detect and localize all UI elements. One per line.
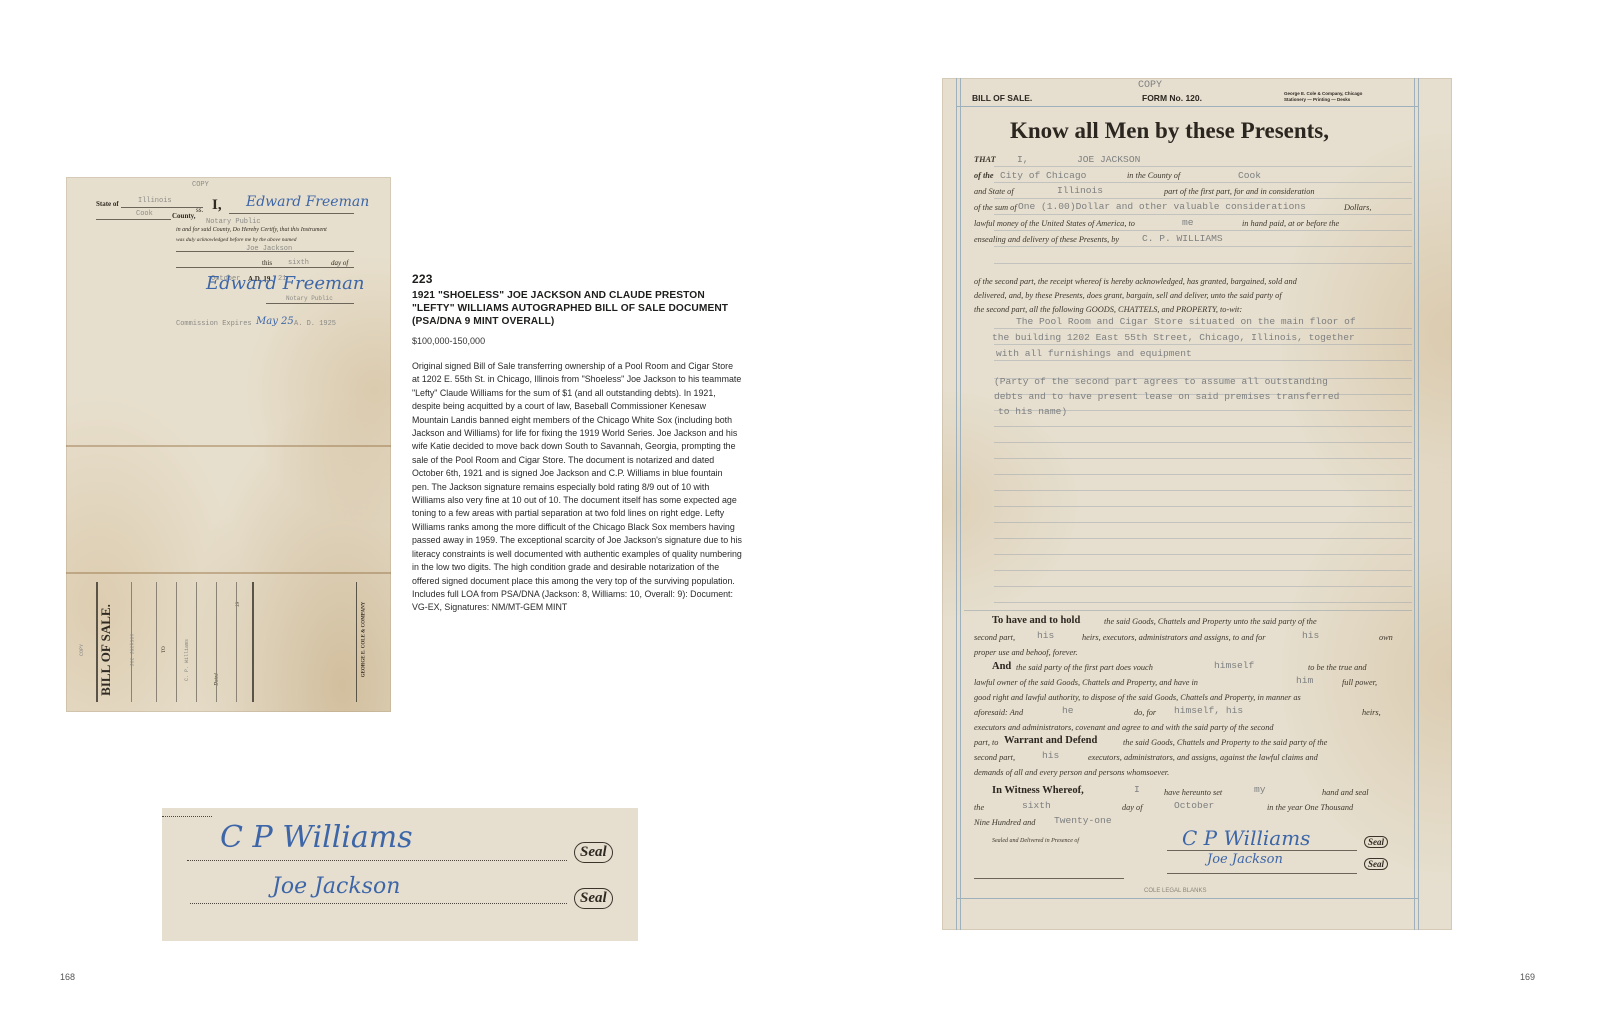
publisher-line-1: George E. Cole & Company, Chicago [1284, 91, 1362, 96]
i-label: I, [212, 197, 222, 214]
lot-number: 223 [412, 272, 742, 286]
lawful-owner-text: lawful owner of the said Goods, Chattels… [974, 678, 1198, 687]
warrant-text: the said Goods, Chattels and Property to… [1123, 738, 1327, 747]
true-text: to be the true and [1308, 663, 1367, 672]
sum-value: One (1.00)Dollar and other valuable cons… [1018, 201, 1306, 212]
himself-value: himself [1214, 660, 1254, 671]
year-value: Twenty-one [1054, 815, 1112, 826]
executors-text-2: executors, administrators, and assigns, … [1088, 753, 1318, 762]
seal-mark: Seal [1364, 858, 1388, 870]
that-value: I, [1017, 154, 1029, 165]
day-value: sixth [288, 259, 309, 267]
and-heading: And [992, 661, 1011, 672]
jackson-signature: Joe Jackson [1207, 852, 1283, 867]
document-footer: COLE LEGAL BLANKS [1144, 888, 1206, 894]
property-line-3: with all furnishings and equipment [996, 348, 1192, 359]
lot-title: 1921 "SHOELESS" JOE JACKSON AND CLAUDE P… [412, 289, 742, 328]
back-title: BILL OF SALE. [98, 604, 114, 696]
state-value: Illinois [1057, 185, 1103, 196]
debt-line-1: (Party of the second part agrees to assu… [994, 376, 1328, 387]
commission-label: Commission Expires [176, 320, 252, 328]
form-label: BILL OF SALE. [972, 93, 1032, 103]
proper-use-text: proper use and behoof, forever. [974, 648, 1078, 657]
to-value: me [1182, 217, 1194, 228]
lot-description-block: 223 1921 "SHOELESS" JOE JACKSON AND CLAU… [412, 272, 742, 615]
ss-label: ss. [196, 206, 203, 214]
to-have-text: the said Goods, Chattels and Property un… [1104, 617, 1317, 626]
second-part-label: second part, [974, 633, 1015, 642]
ensealing-text: ensealing and delivery of these Presents… [974, 235, 1119, 244]
state-label: State of [96, 200, 119, 208]
year-text: in the year One Thousand [1267, 803, 1353, 812]
his-value: his [1302, 630, 1319, 641]
that-label: THAT [974, 155, 996, 164]
county-label: County, [172, 212, 196, 220]
witness-heading: In Witness Whereof, [992, 785, 1084, 796]
fold-line [66, 572, 391, 574]
seller-name: JOE JACKSON [1077, 154, 1140, 165]
certify-text: in and for said County, Do Hereby Certif… [176, 227, 327, 233]
hand-seal-text: hand and seal [1322, 788, 1369, 797]
first-part-text: part of the first part, for and in consi… [1164, 187, 1315, 196]
notary-signature-large: Edward Freeman [206, 273, 364, 294]
acknowledged-text: was duly acknowledged before me by the a… [176, 237, 296, 243]
dollars-label: Dollars, [1344, 203, 1371, 212]
heirs-text-2: heirs, [1362, 708, 1381, 717]
own-text: own [1379, 633, 1393, 642]
hereunto-text: have hereunto set [1164, 788, 1222, 797]
lawful-money-text: lawful money of the United States of Ame… [974, 219, 1135, 228]
aforesaid-text: aforesaid: And [974, 708, 1023, 717]
nine-hundred-text: Nine Hundred and [974, 818, 1035, 827]
commission-value: May 25 [256, 316, 294, 327]
state-label: and State of [974, 187, 1014, 196]
day-of-label: day of [331, 259, 348, 267]
to-have-heading: To have and to hold [992, 615, 1080, 626]
williams-signature: C P Williams [220, 820, 413, 855]
hand-paid-text: in hand paid, at or before the [1242, 219, 1339, 228]
county-label: in the County of [1127, 171, 1180, 180]
county-value: Cook [136, 210, 153, 218]
lot-description: Original signed Bill of Sale transferrin… [412, 360, 742, 615]
notary-title-stamp: Notary Public [286, 295, 333, 302]
witness-i: I [1134, 784, 1140, 795]
form-number: FORM No. 120. [1142, 93, 1202, 103]
page-number-left: 168 [60, 972, 75, 982]
back-to: C. P. Williams [184, 639, 190, 681]
property-line-2: the building 1202 East 55th Street, Chic… [992, 332, 1355, 343]
property-line-1: The Pool Room and Cigar Store situated o… [1016, 316, 1356, 327]
back-copy: COPY [79, 644, 85, 656]
full-power-text: full power, [1342, 678, 1377, 687]
fold-line [66, 445, 391, 447]
warrant-heading: Warrant and Defend [1004, 735, 1097, 746]
second-part-label-2: second part, [974, 753, 1015, 762]
bill-of-sale-document-image: COPY BILL OF SALE. FORM No. 120. George … [942, 78, 1452, 930]
day-value: sixth [1022, 800, 1051, 811]
county-value: Cook [1238, 170, 1261, 181]
signature-detail-image: C P Williams Joe Jackson Seal Seal [162, 808, 638, 941]
sealed-delivered-text: Sealed and Delivered in Presence of [992, 838, 1079, 844]
and-text: the said party of the first part does vo… [1016, 663, 1153, 672]
city-value: City of Chicago [1000, 170, 1086, 181]
commission-year: A. D. 1925 [294, 320, 336, 328]
copy-stamp: COPY [1138, 80, 1162, 91]
sum-label: of the sum of [974, 203, 1017, 212]
him-value: him [1296, 675, 1313, 686]
debt-line-3: to his name) [998, 406, 1067, 417]
lot-estimate: $100,000-150,000 [412, 336, 742, 346]
seal-mark: Seal [574, 888, 613, 909]
of-the-label: of the [974, 171, 994, 180]
notary-signature: Edward Freeman [246, 194, 369, 210]
copy-stamp: COPY [192, 181, 209, 189]
jackson-signature: Joe Jackson [272, 874, 400, 899]
page-number-right: 169 [1520, 972, 1535, 982]
good-right-text: good right and lawful authority, to disp… [974, 693, 1301, 702]
state-value: Illinois [138, 197, 172, 205]
document-heading: Know all Men by these Presents, [1010, 118, 1329, 144]
heirs-text: heirs, executors, administrators and ass… [1082, 633, 1265, 642]
publisher-line-2: Stationery — Printing — Desks [1284, 97, 1350, 102]
notary-title: Notary Public [206, 218, 261, 226]
his-value: his [1037, 630, 1054, 641]
do-for-text: do, for [1134, 708, 1156, 717]
buyer-name: C. P. WILLIAMS [1142, 233, 1223, 244]
executors-line: executors and administrators, covenant a… [974, 723, 1274, 732]
notarized-back-document-image: COPY State of Illinois Cook County, ss. … [66, 177, 391, 712]
back-publisher: GEORGE E. COLE & COMPANY [361, 602, 366, 678]
receipt-line: of the second part, the receipt whereof … [974, 277, 1297, 286]
month-value: October [1174, 800, 1214, 811]
demands-text: demands of all and every person and pers… [974, 768, 1169, 777]
seal-mark: Seal [574, 842, 613, 863]
this-label: this [262, 259, 272, 267]
debt-line-2: debts and to have present lease on said … [994, 391, 1339, 402]
goods-line: the second part, all the following GOODS… [974, 305, 1242, 314]
his-value-3: his [1042, 750, 1059, 761]
williams-signature: C P Williams [1182, 826, 1310, 850]
day-of-text: day of [1122, 803, 1143, 812]
the-label: the [974, 803, 984, 812]
seal-mark: Seal [1364, 836, 1388, 848]
delivered-line: delivered, and, by these Presents, does … [974, 291, 1282, 300]
back-to-label: TO [162, 646, 167, 653]
my-value: my [1254, 784, 1266, 795]
warrant-prefix: part, to [974, 738, 998, 747]
he-value: he [1062, 705, 1074, 716]
himself-his-value: himself, his [1174, 705, 1243, 716]
named-value: Joe Jackson [246, 245, 292, 253]
